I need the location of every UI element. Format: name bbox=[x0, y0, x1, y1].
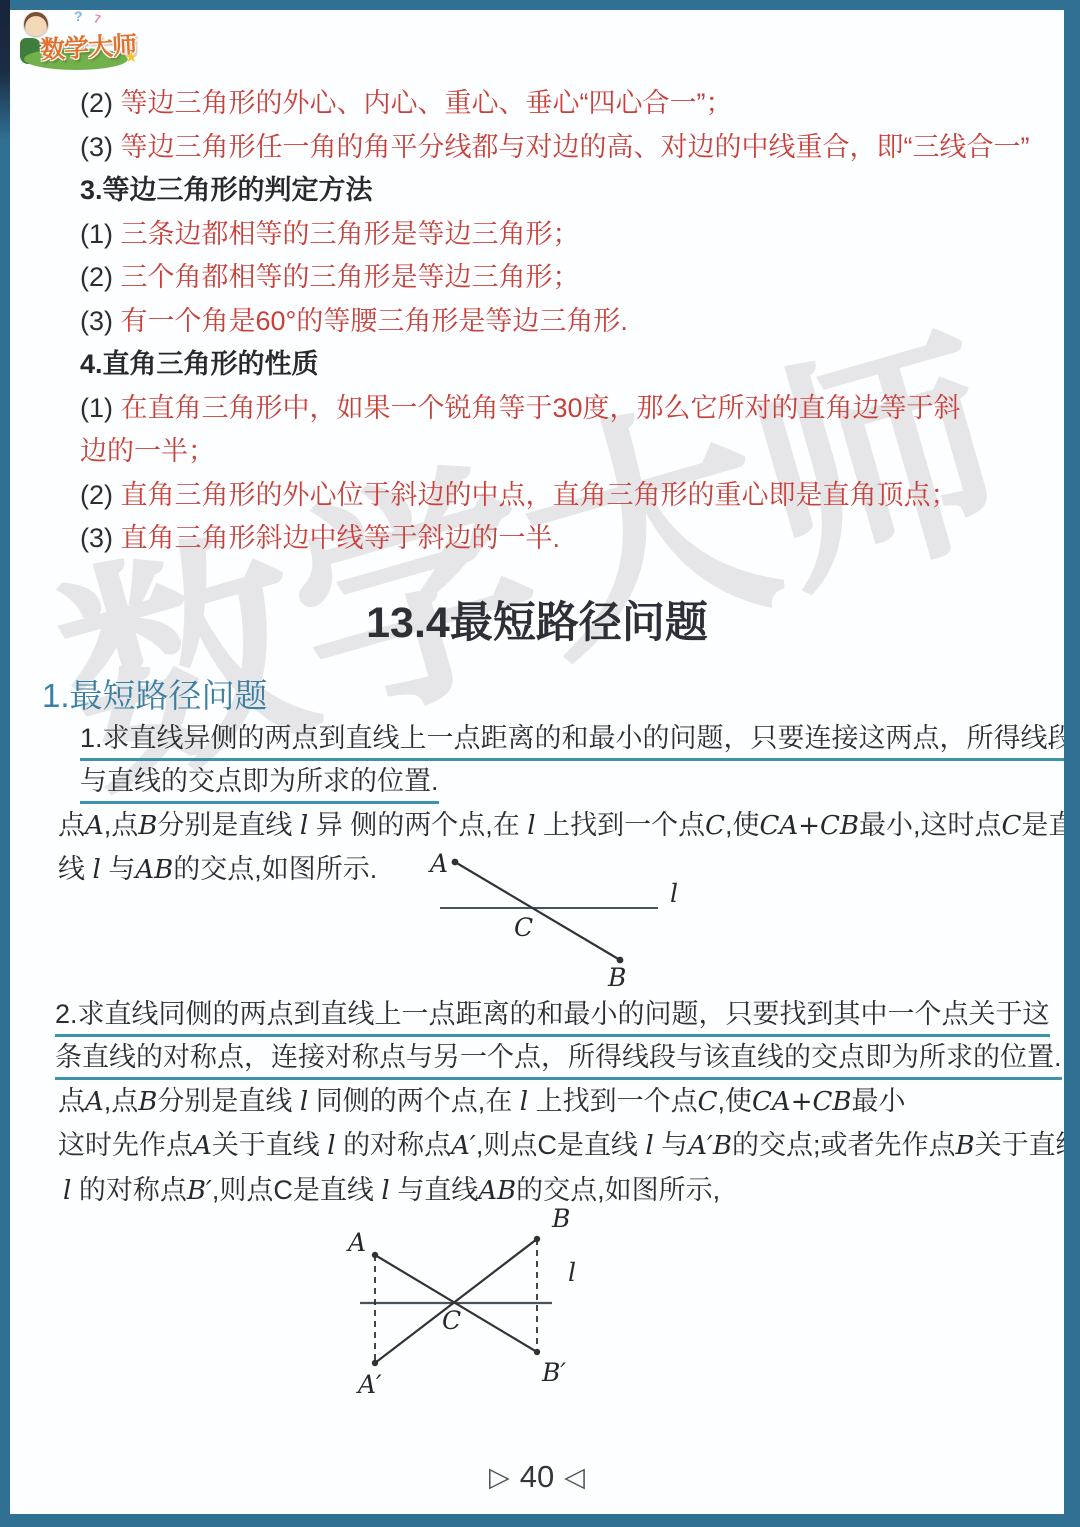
logo-wordmark: 数学大师 bbox=[39, 26, 137, 67]
brand-logo: ? 7 数学大师 ★ bbox=[18, 10, 138, 72]
label-C: C bbox=[514, 913, 533, 942]
label-B: B bbox=[551, 1205, 570, 1233]
text-line: 点A,点B分别是直线 l 同侧的两个点,在 l 上找到一个点C,使CA+CB最小 bbox=[10, 1080, 1064, 1125]
triangle-notes-block: (2) 等边三角形的外心、内心、重心、垂心“四心合一”；(3) 等边三角形任一角… bbox=[10, 82, 1064, 561]
text-line: 这时先作点A关于直线 l 的对称点A′,则点C是直线 l 与A′B的交点;或者先… bbox=[10, 1124, 1064, 1169]
point-A-dot bbox=[452, 858, 459, 865]
segment-Aprime-B bbox=[375, 1239, 537, 1363]
text-line: (3) 等边三角形任一角的角平分线都与对边的高、对边的中线重合，即“三线合一” bbox=[10, 126, 1064, 170]
text-line: 条直线的对称点，连接对称点与另一个点，所得线段与该直线的交点即为所求的位置. bbox=[10, 1036, 1064, 1080]
text-line: 4.直角三角形的性质 bbox=[10, 343, 1064, 387]
diagram-reflection: A A′ B B′ l C bbox=[330, 1205, 640, 1405]
text-line: 3.等边三角形的判定方法 bbox=[10, 169, 1064, 213]
label-l: l bbox=[670, 879, 678, 908]
page-content: 数学大师 ? 7 数学大师 ★ (2) 等边三角形的外心、内心、重心、垂心“四心… bbox=[10, 10, 1064, 1514]
label-A: A bbox=[346, 1228, 366, 1257]
text-line: (3) 有一个角是60°的等腰三角形是等边三角形. bbox=[10, 300, 1064, 344]
text-line: (1) 在直角三角形中，如果一个锐角等于30度，那么它所对的直角边等于斜 bbox=[10, 387, 1064, 431]
text-line: (2) 三个角都相等的三角形是等边三角形； bbox=[10, 256, 1064, 300]
frame-border-bottom bbox=[0, 1514, 1080, 1527]
text-line: 点A,点B分别是直线 l 异 侧的两个点,在 l 上找到一个点C,使CA+CB最… bbox=[10, 804, 1064, 849]
page-navigation: ▷40◁ bbox=[10, 1457, 1064, 1503]
label-A-prime: A′ bbox=[356, 1370, 382, 1399]
label-A: A bbox=[428, 849, 448, 878]
logo-number-decoration: 7 bbox=[92, 11, 102, 26]
section-title: 13.4最短路径问题 bbox=[10, 595, 1064, 651]
text-line: (3) 直角三角形斜边中线等于斜边的一半. bbox=[10, 517, 1064, 561]
text-line: (2) 直角三角形的外心位于斜边的中点，直角三角形的重心即是直角顶点； bbox=[10, 474, 1064, 518]
paragraph-same-side: 2.求直线同侧的两点到直线上一点距离的和最小的问题，只要找到其中一个点关于这条直… bbox=[10, 993, 1064, 1214]
page-number: 40 bbox=[520, 1459, 554, 1494]
text-line: 与直线的交点即为所求的位置. bbox=[10, 760, 1064, 804]
text-line: (1) 三条边都相等的三角形是等边三角形； bbox=[10, 213, 1064, 257]
point-A-dot bbox=[372, 1252, 378, 1258]
diagram-opposite-sides: A l C B bbox=[410, 848, 730, 993]
frame-border-right bbox=[1064, 0, 1080, 1527]
point-B-prime-dot bbox=[534, 1349, 540, 1355]
frame-border-left bbox=[0, 0, 10, 1527]
document-page: 数学大师 ? 7 数学大师 ★ (2) 等边三角形的外心、内心、重心、垂心“四心… bbox=[0, 0, 1080, 1527]
subsection-heading: 1.最短路径问题 bbox=[10, 675, 1064, 717]
frame-border-top bbox=[0, 0, 1080, 10]
text-line: (2) 等边三角形的外心、内心、重心、垂心“四心合一”； bbox=[10, 82, 1064, 126]
label-B: B bbox=[607, 963, 626, 992]
label-B-prime: B′ bbox=[541, 1358, 566, 1387]
segment-AB bbox=[455, 862, 620, 960]
logo-question-decoration: ? bbox=[74, 10, 83, 24]
text-line: l 的对称点B′,则点C是直线 l 与直线AB的交点,如图所示, bbox=[10, 1169, 1064, 1214]
point-A-prime-dot bbox=[372, 1360, 378, 1366]
next-page-icon[interactable]: ◁ bbox=[564, 1462, 585, 1492]
label-l: l bbox=[568, 1258, 576, 1287]
text-line: 1.求直线异侧的两点到直线上一点距离的和最小的问题，只要连接这两点，所得线段 bbox=[10, 717, 1064, 761]
prev-page-icon[interactable]: ▷ bbox=[489, 1462, 510, 1492]
star-icon: ★ bbox=[125, 48, 138, 66]
point-B-dot bbox=[534, 1236, 540, 1242]
text-line: 边的一半； bbox=[10, 430, 1064, 474]
label-C: C bbox=[442, 1306, 461, 1335]
text-line: 2.求直线同侧的两点到直线上一点距离的和最小的问题，只要找到其中一个点关于这 bbox=[10, 993, 1064, 1037]
